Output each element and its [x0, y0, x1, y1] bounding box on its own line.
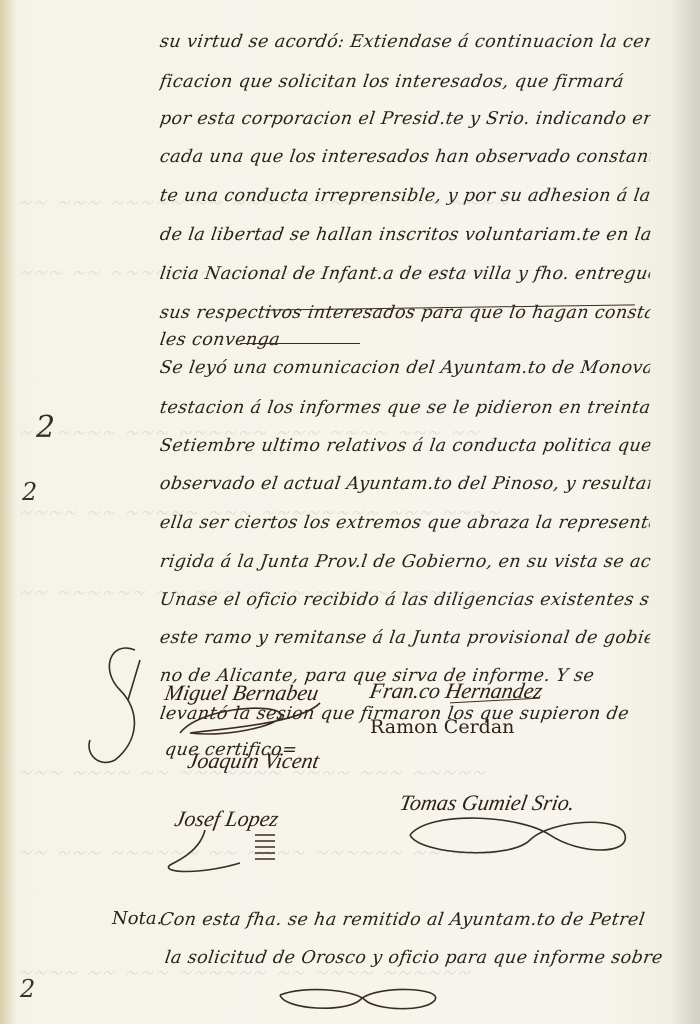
body-line: cada una que los interesados han observa…	[159, 147, 652, 167]
line-filler-rule	[240, 343, 360, 344]
nota-line: Con esta fha. se ha remitido al Ayuntam.…	[159, 910, 662, 930]
paragraph-flourish-icon	[80, 640, 160, 770]
body-line: te una conducta irreprensible, y por su …	[159, 186, 652, 206]
body-line: este ramo y remitanse á la Junta provisi…	[159, 628, 652, 648]
body-line: Se leyó una comunicacion del Ayuntam.to …	[159, 358, 652, 378]
signature-flourish-icon	[400, 810, 640, 860]
body-line: rigida á la Junta Prov.l de Gobierno, en…	[159, 552, 652, 572]
body-line: ficacion que solicitan los interesados, …	[159, 72, 652, 92]
signature-francisco-hernandez: Fran.co Hernandez	[368, 678, 545, 704]
signature-flourish-icon	[160, 825, 290, 875]
margin-mark: 2	[22, 478, 37, 506]
signature-flourish-icon	[170, 698, 330, 743]
body-line: Unase el oficio recibido á las diligenci…	[159, 590, 652, 610]
signature-ramon-cerdan: Ramon Cerdan	[370, 716, 514, 738]
margin-mark: 2	[36, 410, 55, 445]
page-binding-edge	[0, 0, 16, 1024]
body-line: de la libertad se hallan inscritos volun…	[159, 225, 652, 245]
nota-label: Nota.	[112, 908, 162, 929]
body-line: ella ser ciertos los extremos que abraza…	[159, 513, 652, 533]
signature-joaquin-vicent: Joaquin Vicent	[186, 748, 322, 774]
body-line: licia Nacional de Infant.a de esta villa…	[159, 264, 652, 284]
body-line: su virtud se acordó: Extiendase á contin…	[159, 32, 652, 52]
nota-line: la solicitud de Orosco y oficio para que…	[164, 948, 667, 968]
page-right-edge-shadow	[670, 0, 700, 1024]
body-line: por esta corporacion el Presid.te y Srio…	[159, 109, 652, 129]
closing-flourish-icon	[275, 985, 445, 1015]
body-line: les convenga	[159, 330, 282, 350]
margin-mark: 2	[20, 975, 35, 1003]
body-line: observado el actual Ayuntam.to del Pinos…	[159, 474, 652, 494]
body-line: testacion á los informes que se le pidie…	[159, 398, 652, 418]
body-line: Setiembre ultimo relativos á la conducta…	[159, 436, 652, 456]
document-page: ~~ ~~~ ~~~~~ ~~ ~~~~ ~~~~~~ ~~~ ~~~~ ~~~…	[0, 0, 700, 1024]
